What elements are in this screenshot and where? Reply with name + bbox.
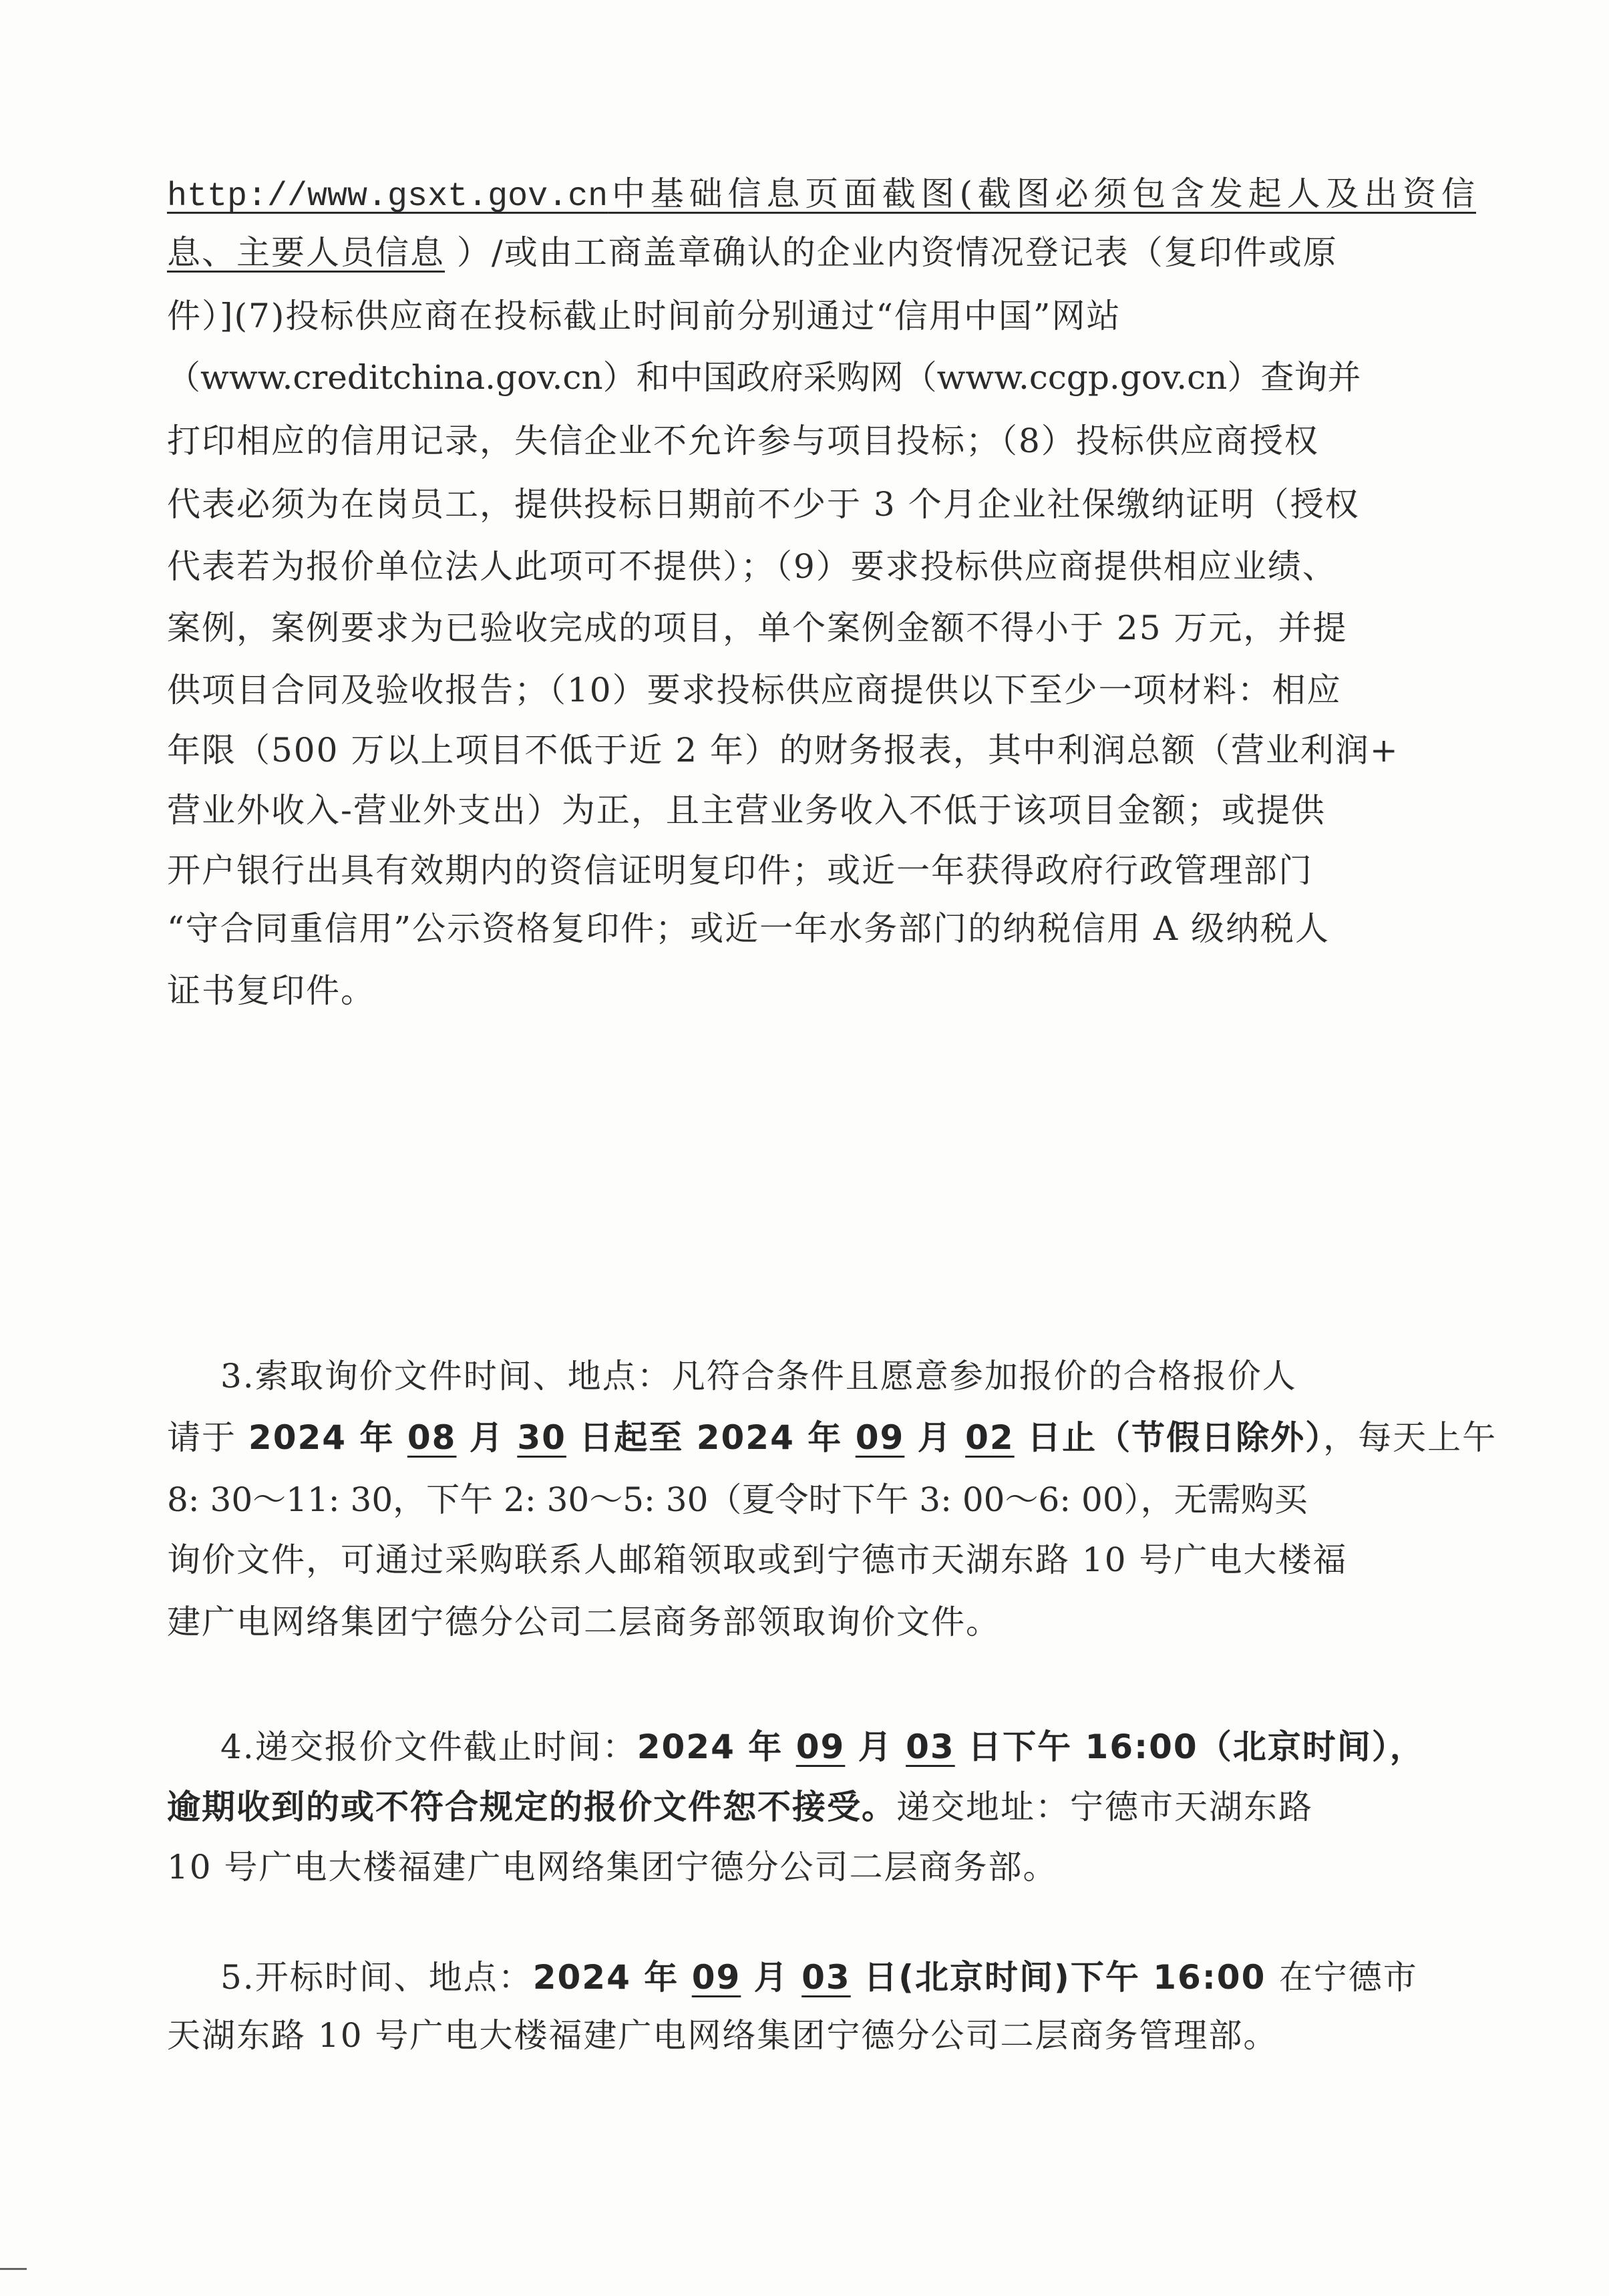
text-line: 8: 30～11: 30，下午 2: 30～5: 30（夏令时下午 3: 00～…: [167, 1476, 1476, 1523]
text-segment: 建广电网络集团宁德分公司二层商务部领取询价文件。: [167, 1603, 1001, 1641]
text-segment: 案例，案例要求为已验收完成的项目，单个案例金额不得小于 25 万元，并提: [167, 609, 1347, 647]
text-line: 供项目合同及验收报告；（10）要求投标供应商提供以下至少一项材料：相应: [167, 667, 1476, 713]
text-line: 询价文件，可通过采购联系人邮箱领取或到宁德市天湖东路 10 号广电大楼福: [167, 1536, 1476, 1583]
text-line: 证书复印件。: [167, 967, 1476, 1014]
section-heading-line: 3.索取询价文件时间、地点：凡符合条件且愿意参加报价的合格报价人: [220, 1353, 1476, 1400]
text-segment: 月: [456, 1418, 517, 1457]
text-segment: 开户银行出具有效期内的资信证明复印件；或近一年获得政府行政管理部门: [167, 851, 1313, 890]
text-line: 天湖东路 10 号广电大楼福建广电网络集团宁德分公司二层商务管理部。: [167, 2012, 1476, 2059]
text-segment: 10 号广电大楼福建广电网络集团宁德分公司二层商务部。: [167, 1848, 1058, 1887]
text-line: 案例，案例要求为已验收完成的项目，单个案例金额不得小于 25 万元，并提: [167, 605, 1476, 651]
section-heading-line: 5.开标时间、地点：2024 年 09 月 03 日(北京时间)下午 16:00…: [220, 1954, 1476, 2001]
text-segment: 日起至 2024 年: [566, 1418, 856, 1457]
text-segment: 3.索取询价文件时间、地点：凡符合条件且愿意参加报价的合格报价人: [220, 1357, 1297, 1396]
text-segment: 月: [904, 1418, 965, 1457]
text-segment: 8: 30～11: 30，下午 2: 30～5: 30（夏令时下午 3: 00～…: [167, 1480, 1308, 1519]
text-segment: 日止（节假日除外）: [1015, 1418, 1323, 1457]
text-line: （www.creditchina.gov.cn）和中国政府采购网（www.ccg…: [167, 354, 1476, 401]
text-segment: ，每天上午: [1323, 1418, 1497, 1457]
section-heading-line: 4.递交报价文件截止时间：2024 年 09 月 03 日下午 16:00（北京…: [220, 1724, 1476, 1770]
late-submission-notice: 逾期收到的或不符合规定的报价文件恕不接受。: [167, 1788, 896, 1826]
text-segment: 代表若为报价单位法人此项可不提供）；（9）要求投标供应商提供相应业绩、: [167, 547, 1337, 586]
text-line: 年限（500 万以上项目不低于近 2 年）的财务报表，其中利润总额（营业利润+: [167, 727, 1476, 774]
text-segment: 2024 年: [533, 1958, 692, 1997]
text-segment: 件）](7)投标供应商在投标截止时间前分别通过“信用中国”网站: [167, 297, 1121, 335]
opening-time: 日(北京时间)下午 16:00: [851, 1958, 1279, 1997]
text-line: 代表若为报价单位法人此项可不提供）；（9）要求投标供应商提供相应业绩、: [167, 543, 1476, 590]
text-segment: ）/或由工商盖章确认的企业内资情况登记表（复印件或原: [445, 233, 1338, 272]
deadline-month: 09: [796, 1728, 846, 1766]
text-segment: （www.creditchina.gov.cn）和中国政府采购网（www.ccg…: [167, 358, 1361, 397]
text-segment: 打印相应的信用记录，失信企业不允许参与项目投标；（8）投标供应商授权: [167, 422, 1319, 460]
text-line: 10 号广电大楼福建广电网络集团宁德分公司二层商务部。: [167, 1844, 1476, 1891]
text-line: 营业外收入-营业外支出）为正，且主营业务收入不低于该项目金额；或提供: [167, 787, 1476, 834]
text-segment: 4.递交报价文件截止时间：: [220, 1728, 637, 1766]
text-line: http://www.gsxt.gov.cn中基础信息页面截图(截图必须包含发起…: [167, 170, 1476, 217]
text-line: 请于 2024 年 08 月 30 日起至 2024 年 09 月 02 日止（…: [167, 1414, 1476, 1461]
deadline-time: 日下午 16:00（北京时间），: [955, 1728, 1425, 1766]
text-segment: 证书复印件。: [167, 971, 375, 1010]
scan-edge-mark: [0, 2268, 27, 2270]
date-day-start: 30: [517, 1418, 566, 1457]
scanned-document-page: http://www.gsxt.gov.cn中基础信息页面截图(截图必须包含发起…: [0, 0, 1609, 2296]
text-segment: 代表必须为在岗员工，提供投标日期前不少于 3 个月企业社保缴纳证明（授权: [167, 485, 1360, 524]
text-segment: 请于: [167, 1418, 248, 1457]
text-segment: 中基础信息页面截图(截图必须包含发起人及出资信: [608, 174, 1476, 213]
text-line: 代表必须为在岗员工，提供投标日期前不少于 3 个月企业社保缴纳证明（授权: [167, 481, 1476, 528]
text-segment: 供项目合同及验收报告；（10）要求投标供应商提供以下至少一项材料：相应: [167, 671, 1342, 709]
gsxt-url-link[interactable]: http://www.gsxt.gov.cn: [167, 178, 608, 216]
text-segment: 询价文件，可通过采购联系人邮箱领取或到宁德市天湖东路 10 号广电大楼福: [167, 1540, 1347, 1579]
text-segment: 年限（500 万以上项目不低于近 2 年）的财务报表，其中利润总额（营业利润+: [167, 731, 1399, 770]
text-segment: 营业外收入-营业外支出）为正，且主营业务收入不低于该项目金额；或提供: [167, 791, 1326, 830]
text-line: 件）](7)投标供应商在投标截止时间前分别通过“信用中国”网站: [167, 293, 1476, 339]
text-line: 打印相应的信用记录，失信企业不允许参与项目投标；（8）投标供应商授权: [167, 418, 1476, 464]
text-line: “守合同重信用”公示资格复印件；或近一年水务部门的纳税信用 A 级纳税人: [167, 905, 1476, 952]
text-segment: 2024 年: [637, 1728, 796, 1766]
text-segment: 月: [741, 1958, 801, 1997]
opening-month: 09: [692, 1958, 741, 1997]
text-line: 逾期收到的或不符合规定的报价文件恕不接受。递交地址：宁德市天湖东路: [167, 1784, 1476, 1830]
opening-day: 03: [801, 1958, 851, 1997]
text-segment: 月: [845, 1728, 906, 1766]
text-segment: 2024 年: [248, 1418, 407, 1457]
text-segment: 息、主要人员信息: [167, 233, 445, 272]
deadline-day: 03: [906, 1728, 955, 1766]
text-segment: 递交地址：宁德市天湖东路: [896, 1788, 1313, 1826]
text-segment: “守合同重信用”公示资格复印件；或近一年水务部门的纳税信用 A 级纳税人: [167, 909, 1330, 948]
text-line: 建广电网络集团宁德分公司二层商务部领取询价文件。: [167, 1599, 1476, 1645]
text-line: 息、主要人员信息 ）/或由工商盖章确认的企业内资情况登记表（复印件或原: [167, 229, 1476, 276]
text-segment: 在宁德市: [1279, 1958, 1418, 1997]
date-day-end: 02: [965, 1418, 1015, 1457]
text-line: 开户银行出具有效期内的资信证明复印件；或近一年获得政府行政管理部门: [167, 847, 1476, 894]
text-segment: 天湖东路 10 号广电大楼福建广电网络集团宁德分公司二层商务管理部。: [167, 2016, 1278, 2055]
date-month-start: 08: [407, 1418, 457, 1457]
date-month-end: 09: [856, 1418, 905, 1457]
text-segment: 5.开标时间、地点：: [220, 1958, 533, 1997]
